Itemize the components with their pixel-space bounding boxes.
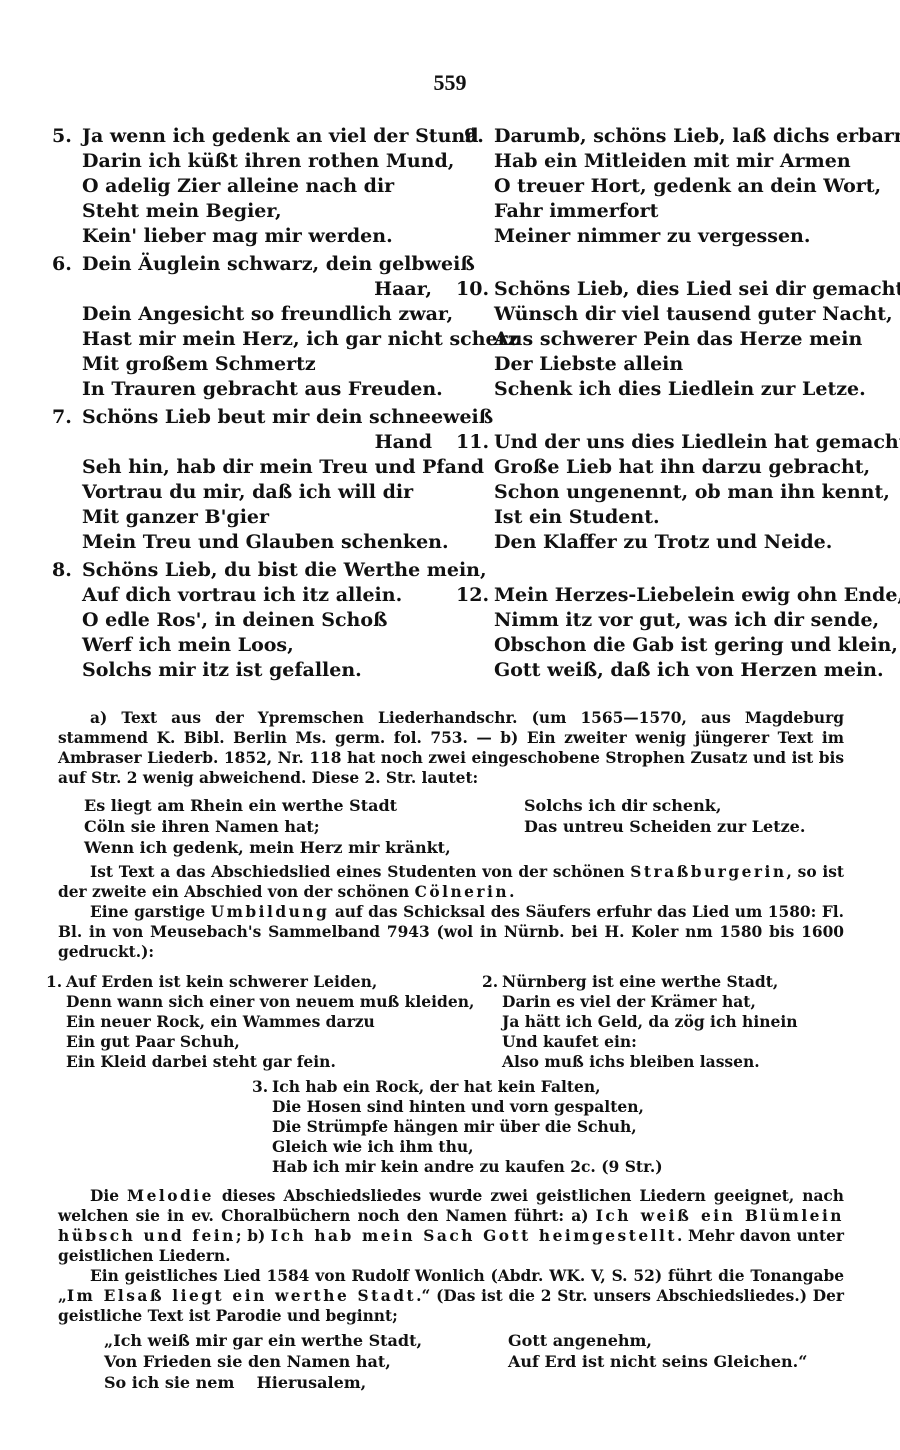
verse-line: Die Strümpfe hängen mir über die Schuh,	[272, 1117, 663, 1137]
stanza-8: 8. Schöns Lieb, du bist die Werthe mein,…	[82, 558, 432, 683]
verse-line: O adelig Zier alleine nach dir	[82, 174, 432, 199]
note-emphasis: Umbildung	[211, 903, 330, 921]
verse-line: In Trauren gebracht aus Freuden.	[82, 377, 432, 402]
verse-line: Schöns Lieb beut mir dein schneeweiß	[82, 405, 432, 430]
stanza-number: 7.	[52, 405, 72, 430]
quote-line: Es liegt am Rhein ein werthe Stadt	[84, 795, 451, 816]
final-quote-left: „Ich weiß mir gar ein werthe Stadt, Von …	[104, 1330, 422, 1393]
verse-line: Hast mir mein Herz, ich gar nicht scherz	[82, 327, 432, 352]
verse-line: Kein' lieber mag mir werden.	[82, 224, 432, 249]
verse-line: Mit ganzer B'gier	[82, 505, 432, 530]
note-emphasis: Melodie	[127, 1187, 214, 1205]
notes-section: a) Text aus der Ypremschen Liederhandsch…	[58, 708, 844, 788]
stanza-number: 5.	[52, 124, 72, 149]
quote-line: Solchs ich dir schenk,	[524, 795, 805, 816]
verse-line: Ein Kleid darbei steht gar fein.	[66, 1052, 474, 1072]
parody-stanza-2: 2. Nürnberg ist eine werthe Stadt, Darin…	[502, 972, 798, 1072]
note-text: ; b)	[236, 1227, 271, 1245]
parody-stanza-1: 1. Auf Erden ist kein schwerer Leiden, D…	[66, 972, 474, 1072]
quote-line: So ich sie nem Hierusalem,	[104, 1372, 422, 1393]
stanza-number: 1.	[46, 972, 62, 992]
verse-line: Auf dich vortrau ich itz allein.	[82, 583, 432, 608]
verse-line: Gott weiß, daß ich von Herzen mein.	[494, 658, 844, 683]
stanza-number: 2.	[482, 972, 498, 992]
verse-line: Darin ich küßt ihren rothen Mund,	[82, 149, 432, 174]
note-emphasis: Cölnerin	[415, 883, 510, 901]
stanza-9: 9. Darumb, schöns Lieb, laß dichs erbarm…	[494, 124, 844, 249]
verse-line: Wünsch dir viel tausend guter Nacht,	[494, 302, 844, 327]
verse-line: Und der uns dies Liedlein hat gemacht,	[494, 430, 844, 455]
verse-line: Hab ein Mitleiden mit mir Armen	[494, 149, 844, 174]
verse-line: O treuer Hort, gedenk an dein Wort,	[494, 174, 844, 199]
verse-line: Dein Äuglein schwarz, dein gelbweiß	[82, 252, 432, 277]
page-number: 559	[0, 70, 900, 96]
verse-line: Nürnberg ist eine werthe Stadt,	[502, 972, 798, 992]
quote-line: Wenn ich gedenk, mein Herz mir kränkt,	[84, 837, 451, 858]
stanza-6: 6. Dein Äuglein schwarz, dein gelbweiß H…	[82, 252, 432, 402]
quote-line: Cöln sie ihren Namen hat;	[84, 816, 451, 837]
poem-left-column: 5. Ja wenn ich gedenk an viel der Stund …	[82, 124, 432, 683]
verse-line-overflow: Haar,	[82, 277, 432, 302]
stanza-7: 7. Schöns Lieb beut mir dein schneeweiß …	[82, 405, 432, 555]
quote-str2-right: Solchs ich dir schenk, Das untreu Scheid…	[524, 795, 805, 837]
verse-line: Gleich wie ich ihm thu,	[272, 1137, 663, 1157]
note-paragraph-umbildung: Eine garstige Umbildung auf das Schicksa…	[58, 902, 844, 962]
parody-stanza-3: 3. Ich hab ein Rock, der hat kein Falten…	[272, 1077, 663, 1177]
verse-line: Aus schwerer Pein das Herze mein	[494, 327, 844, 352]
quote-line: Auf Erd ist nicht seins Gleichen.“	[508, 1351, 807, 1372]
note-paragraph-abschied: Ist Text a das Abschiedslied eines Stude…	[58, 862, 844, 902]
note-paragraph-geistlich: Ein geistliches Lied 1584 von Rudolf Won…	[58, 1266, 844, 1326]
verse-line: Fahr immerfort	[494, 199, 844, 224]
verse-line: Werf ich mein Loos,	[82, 633, 432, 658]
quote-line: Gott angenehm,	[508, 1330, 807, 1351]
verse-line: Nimm itz vor gut, was ich dir sende,	[494, 608, 844, 633]
verse-line: Obschon die Gab ist gering und klein,	[494, 633, 844, 658]
verse-line: O edle Ros', in deinen Schoß	[82, 608, 432, 633]
quote-line: Das untreu Scheiden zur Letze.	[524, 816, 805, 837]
verse-line: Darumb, schöns Lieb, laß dichs erbarmen.	[494, 124, 844, 149]
quote-line: „Ich weiß mir gar ein werthe Stadt,	[104, 1330, 422, 1351]
verse-line: Vortrau du mir, daß ich will dir	[82, 480, 432, 505]
verse-line: Also muß ichs bleiben lassen.	[502, 1052, 798, 1072]
verse-line: Hab ich mir kein andre zu kaufen 2c. (9 …	[272, 1157, 663, 1177]
quote-line: Von Frieden sie den Namen hat,	[104, 1351, 422, 1372]
stanza-number: 11.	[456, 430, 489, 455]
verse-line: Schöns Lieb, dies Lied sei dir gemacht,	[494, 277, 844, 302]
verse-line: Große Lieb hat ihn darzu gebracht,	[494, 455, 844, 480]
verse-line: Die Hosen sind hinten und vorn gespalten…	[272, 1097, 663, 1117]
stanza-5: 5. Ja wenn ich gedenk an viel der Stund …	[82, 124, 432, 249]
verse-line: Darin es viel der Krämer hat,	[502, 992, 798, 1012]
note-text: Ist Text a das Abschiedslied eines Stude…	[90, 863, 630, 881]
verse-line: Und kaufet ein:	[502, 1032, 798, 1052]
notes-commentary: Ist Text a das Abschiedslied eines Stude…	[58, 862, 844, 962]
verse-line: Schon ungenennt, ob man ihn kennt,	[494, 480, 844, 505]
note-emphasis: Im Elsaß liegt ein werthe Stadt	[67, 1287, 416, 1305]
note-emphasis: Straßburgerin	[630, 863, 786, 881]
verse-line: Den Klaffer zu Trotz und Neide.	[494, 530, 844, 555]
verse-line-overflow: Hand	[82, 430, 432, 455]
quote-str2-left: Es liegt am Rhein ein werthe Stadt Cöln …	[84, 795, 451, 858]
verse-line: Ist ein Student.	[494, 505, 844, 530]
verse-line: Ja hätt ich Geld, da zög ich hinein	[502, 1012, 798, 1032]
verse-line: Ein gut Paar Schuh,	[66, 1032, 474, 1052]
verse-line: Denn wann sich einer von neuem muß kleid…	[66, 992, 474, 1012]
stanza-number: 8.	[52, 558, 72, 583]
stanza-number: 10.	[456, 277, 489, 302]
verse-line: Ja wenn ich gedenk an viel der Stund	[82, 124, 432, 149]
verse-line: Dein Angesicht so freundlich zwar,	[82, 302, 432, 327]
verse-line: Schenk ich dies Liedlein zur Letze.	[494, 377, 844, 402]
verse-line: Mein Herzes-Liebelein ewig ohn Ende,	[494, 583, 844, 608]
verse-line: Solchs mir itz ist gefallen.	[82, 658, 432, 683]
stanza-number: 3.	[252, 1077, 268, 1097]
poem-right-column: 9. Darumb, schöns Lieb, laß dichs erbarm…	[494, 124, 844, 683]
note-emphasis: Ich hab mein Sach Gott heimgestellt	[271, 1227, 677, 1245]
verse-line: Ein neuer Rock, ein Wammes darzu	[66, 1012, 474, 1032]
stanza-number: 12.	[456, 583, 489, 608]
verse-line: Der Liebste allein	[494, 352, 844, 377]
verse-line: Meiner nimmer zu vergessen.	[494, 224, 844, 249]
verse-line: Mein Treu und Glauben schenken.	[82, 530, 432, 555]
final-quote-right: Gott angenehm, Auf Erd ist nicht seins G…	[508, 1330, 807, 1372]
note-paragraph-sources: a) Text aus der Ypremschen Liederhandsch…	[58, 708, 844, 788]
notes-melodie: Die Melodie dieses Abschiedsliedes wurde…	[58, 1186, 844, 1326]
stanza-number: 6.	[52, 252, 72, 277]
stanza-12: 12. Mein Herzes-Liebelein ewig ohn Ende,…	[494, 583, 844, 683]
note-text: Die	[90, 1187, 127, 1205]
note-text: Eine garstige	[90, 903, 211, 921]
note-paragraph-melodie: Die Melodie dieses Abschiedsliedes wurde…	[58, 1186, 844, 1266]
note-text: .	[509, 883, 514, 901]
verse-line: Mit großem Schmertz	[82, 352, 432, 377]
verse-line: Steht mein Begier,	[82, 199, 432, 224]
verse-line: Schöns Lieb, du bist die Werthe mein,	[82, 558, 432, 583]
verse-line: Seh hin, hab dir mein Treu und Pfand	[82, 455, 432, 480]
verse-line: Ich hab ein Rock, der hat kein Falten,	[272, 1077, 663, 1097]
stanza-10: 10. Schöns Lieb, dies Lied sei dir gemac…	[494, 277, 844, 402]
stanza-number: 9.	[464, 124, 484, 149]
stanza-11: 11. Und der uns dies Liedlein hat gemach…	[494, 430, 844, 555]
verse-line: Auf Erden ist kein schwerer Leiden,	[66, 972, 474, 992]
